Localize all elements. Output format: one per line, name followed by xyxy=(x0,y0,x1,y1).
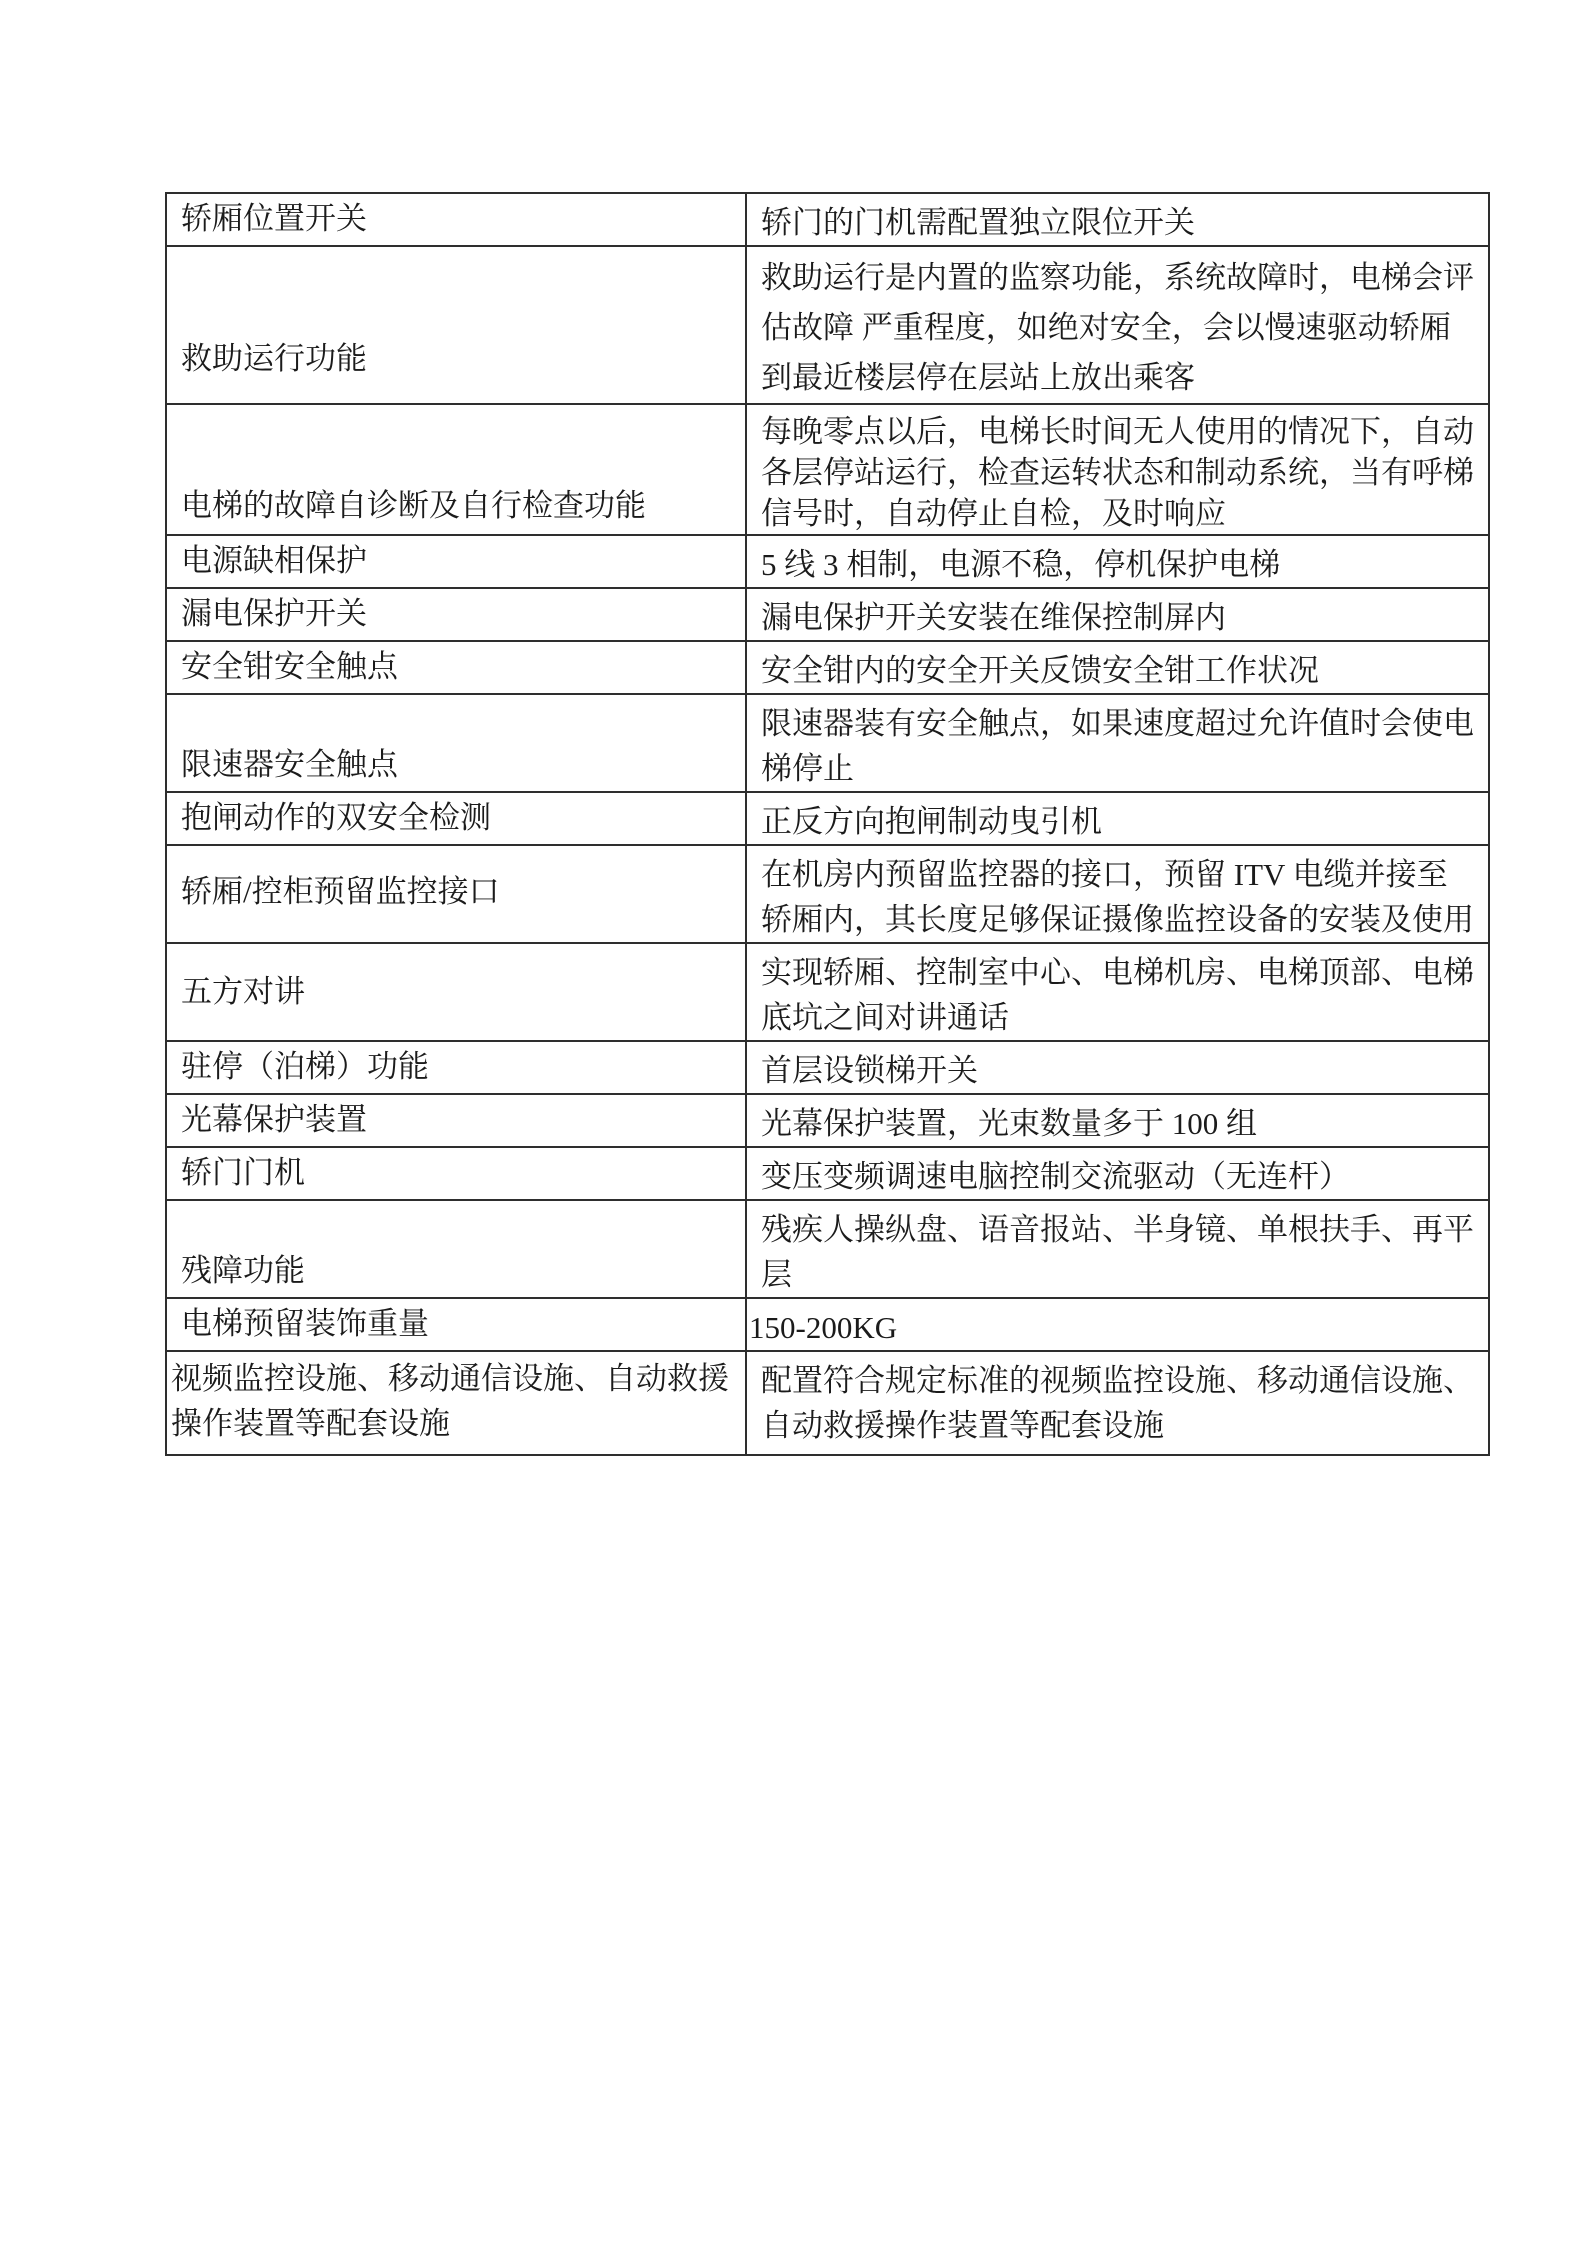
table-row: 轿厢/控柜预留监控接口在机房内预留监控器的接口，预留 ITV 电缆并接至轿厢内，… xyxy=(166,845,1489,943)
table-row: 漏电保护开关漏电保护开关安装在维保控制屏内 xyxy=(166,588,1489,641)
table-row: 驻停（泊梯）功能首层设锁梯开关 xyxy=(166,1041,1489,1094)
feature-cell: 五方对讲 xyxy=(166,943,746,1041)
feature-cell: 电源缺相保护 xyxy=(166,535,746,588)
specs-table: 轿厢位置开关轿门的门机需配置独立限位开关救助运行功能救助运行是内置的监察功能，系… xyxy=(165,192,1490,1456)
description-cell: 5 线 3 相制，电源不稳，停机保护电梯 xyxy=(746,535,1489,588)
description-cell: 150-200KG xyxy=(746,1298,1489,1351)
description-cell: 轿门的门机需配置独立限位开关 xyxy=(746,193,1489,246)
description-cell: 配置符合规定标准的视频监控设施、移动通信设施、自动救援操作装置等配套设施 xyxy=(746,1351,1489,1455)
feature-cell: 光幕保护装置 xyxy=(166,1094,746,1147)
description-cell: 在机房内预留监控器的接口，预留 ITV 电缆并接至轿厢内，其长度足够保证摄像监控… xyxy=(746,845,1489,943)
table-row: 电梯的故障自诊断及自行检查功能每晚零点以后，电梯长时间无人使用的情况下，自动各层… xyxy=(166,404,1489,535)
table-row: 限速器安全触点限速器装有安全触点，如果速度超过允许值时会使电梯停止 xyxy=(166,694,1489,792)
table-row: 轿厢位置开关轿门的门机需配置独立限位开关 xyxy=(166,193,1489,246)
table-row: 安全钳安全触点安全钳内的安全开关反馈安全钳工作状况 xyxy=(166,641,1489,694)
table-row: 残障功能残疾人操纵盘、语音报站、半身镜、单根扶手、再平层 xyxy=(166,1200,1489,1298)
document-page: 轿厢位置开关轿门的门机需配置独立限位开关救助运行功能救助运行是内置的监察功能，系… xyxy=(0,0,1587,2245)
feature-cell: 漏电保护开关 xyxy=(166,588,746,641)
description-cell: 残疾人操纵盘、语音报站、半身镜、单根扶手、再平层 xyxy=(746,1200,1489,1298)
feature-cell: 轿厢/控柜预留监控接口 xyxy=(166,845,746,943)
description-cell: 首层设锁梯开关 xyxy=(746,1041,1489,1094)
description-cell: 安全钳内的安全开关反馈安全钳工作状况 xyxy=(746,641,1489,694)
feature-cell: 视频监控设施、移动通信设施、自动救援操作装置等配套设施 xyxy=(166,1351,746,1455)
feature-cell: 残障功能 xyxy=(166,1200,746,1298)
feature-cell: 轿门门机 xyxy=(166,1147,746,1200)
table-row: 抱闸动作的双安全检测正反方向抱闸制动曳引机 xyxy=(166,792,1489,845)
table-row: 电源缺相保护5 线 3 相制，电源不稳，停机保护电梯 xyxy=(166,535,1489,588)
table-row: 电梯预留装饰重量150-200KG xyxy=(166,1298,1489,1351)
description-cell: 光幕保护装置，光束数量多于 100 组 xyxy=(746,1094,1489,1147)
description-cell: 实现轿厢、控制室中心、电梯机房、电梯顶部、电梯底坑之间对讲通话 xyxy=(746,943,1489,1041)
table-row: 视频监控设施、移动通信设施、自动救援操作装置等配套设施配置符合规定标准的视频监控… xyxy=(166,1351,1489,1455)
table-row: 五方对讲实现轿厢、控制室中心、电梯机房、电梯顶部、电梯底坑之间对讲通话 xyxy=(166,943,1489,1041)
table-row: 救助运行功能救助运行是内置的监察功能，系统故障时，电梯会评估故障 严重程度，如绝… xyxy=(166,246,1489,404)
specs-table-body: 轿厢位置开关轿门的门机需配置独立限位开关救助运行功能救助运行是内置的监察功能，系… xyxy=(166,193,1489,1455)
description-cell: 每晚零点以后，电梯长时间无人使用的情况下，自动各层停站运行，检查运转状态和制动系… xyxy=(746,404,1489,535)
feature-cell: 限速器安全触点 xyxy=(166,694,746,792)
feature-cell: 驻停（泊梯）功能 xyxy=(166,1041,746,1094)
table-row: 光幕保护装置光幕保护装置，光束数量多于 100 组 xyxy=(166,1094,1489,1147)
feature-cell: 抱闸动作的双安全检测 xyxy=(166,792,746,845)
feature-cell: 轿厢位置开关 xyxy=(166,193,746,246)
description-cell: 变压变频调速电脑控制交流驱动（无连杆） xyxy=(746,1147,1489,1200)
description-cell: 限速器装有安全触点，如果速度超过允许值时会使电梯停止 xyxy=(746,694,1489,792)
feature-cell: 电梯的故障自诊断及自行检查功能 xyxy=(166,404,746,535)
description-cell: 正反方向抱闸制动曳引机 xyxy=(746,792,1489,845)
feature-cell: 救助运行功能 xyxy=(166,246,746,404)
table-row: 轿门门机变压变频调速电脑控制交流驱动（无连杆） xyxy=(166,1147,1489,1200)
description-cell: 漏电保护开关安装在维保控制屏内 xyxy=(746,588,1489,641)
feature-cell: 电梯预留装饰重量 xyxy=(166,1298,746,1351)
description-cell: 救助运行是内置的监察功能，系统故障时，电梯会评估故障 严重程度，如绝对安全，会以… xyxy=(746,246,1489,404)
feature-cell: 安全钳安全触点 xyxy=(166,641,746,694)
